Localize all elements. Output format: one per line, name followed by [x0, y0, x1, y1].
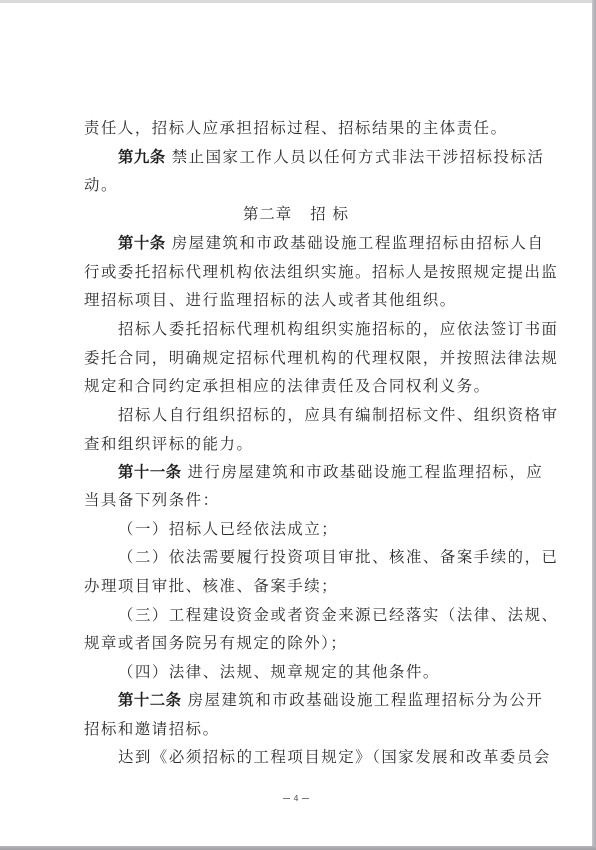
article-9: 第九条禁止国家工作人员以任何方式非法干涉招标投标活: [118, 146, 514, 168]
dash-decoration: [283, 798, 290, 799]
text-line: 责任人，招标人应承担招标过程、招标结果的主体责任。: [84, 117, 514, 139]
page-number-value: 4: [293, 794, 298, 803]
text-line: 动。: [84, 174, 514, 196]
article-11-text: 进行房屋建筑和市政基础设施工程监理招标，应: [188, 463, 544, 481]
article-10-label: 第十条: [118, 234, 166, 252]
page-shadow-bottom: [0, 846, 596, 850]
text-line: 规章或者国务院另有规定的除外）；: [84, 632, 514, 654]
list-item: （一）招标人已经依法成立；: [118, 518, 548, 540]
chapter-heading: 第二章招标: [0, 203, 592, 225]
list-item: （二）依法需要履行投资项目审批、核准、备案手续的，已: [118, 546, 548, 568]
chapter-title-part: 标: [333, 205, 349, 223]
article-12: 第十二条房屋建筑和市政基础设施工程监理招标分为公开: [118, 689, 514, 711]
article-11: 第十一条进行房屋建筑和市政基础设施工程监理招标，应: [118, 461, 514, 483]
text-line: 办理项目审批、核准、备案手续；: [84, 575, 514, 597]
page-number: 4: [0, 794, 592, 803]
dash-decoration: [302, 798, 309, 799]
text-line: 理招标项目、进行监理招标的法人或者其他组织。: [84, 289, 514, 311]
document-page: 责任人，招标人应承担招标过程、招标结果的主体责任。 第九条禁止国家工作人员以任何…: [0, 3, 592, 846]
text-line: 行或委托招标代理机构依法组织实施。招标人是按照规定提出监: [84, 261, 514, 283]
text-line: 规定和合同约定承担相应的法律责任及合同权利义务。: [84, 375, 514, 397]
text-line: 达到《必须招标的工程项目规定》（国家发展和改革委员会: [118, 746, 514, 768]
list-item: （四）法律、法规、规章规定的其他条件。: [118, 661, 548, 683]
list-item: （三）工程建设资金或者资金来源已经落实（法律、法规、: [118, 604, 548, 626]
chapter-number: 第二章: [243, 205, 292, 223]
chapter-title-part: 招: [310, 205, 326, 223]
article-9-label: 第九条: [118, 148, 166, 166]
text-line: 查和组织评标的能力。: [84, 433, 514, 455]
article-9-text: 禁止国家工作人员以任何方式非法干涉招标投标活: [172, 148, 545, 166]
article-12-text: 房屋建筑和市政基础设施工程监理招标分为公开: [188, 691, 544, 709]
page-shadow-right: [592, 0, 596, 850]
article-10-text: 房屋建筑和市政基础设施工程监理招标由招标人自: [172, 234, 545, 252]
article-11-label: 第十一条: [118, 463, 182, 481]
text-line: 招标和邀请招标。: [84, 718, 514, 740]
article-10: 第十条房屋建筑和市政基础设施工程监理招标由招标人自: [118, 232, 514, 254]
text-line: 招标人委托招标代理机构组织实施招标的，应依法签订书面: [118, 318, 514, 340]
text-line: 当具备下列条件：: [84, 489, 514, 511]
text-line: 委托合同，明确规定招标代理机构的代理权限，并按照法律法规: [84, 347, 514, 369]
article-12-label: 第十二条: [118, 691, 182, 709]
text-line: 招标人自行组织招标的，应具有编制招标文件、组织资格审: [118, 404, 514, 426]
